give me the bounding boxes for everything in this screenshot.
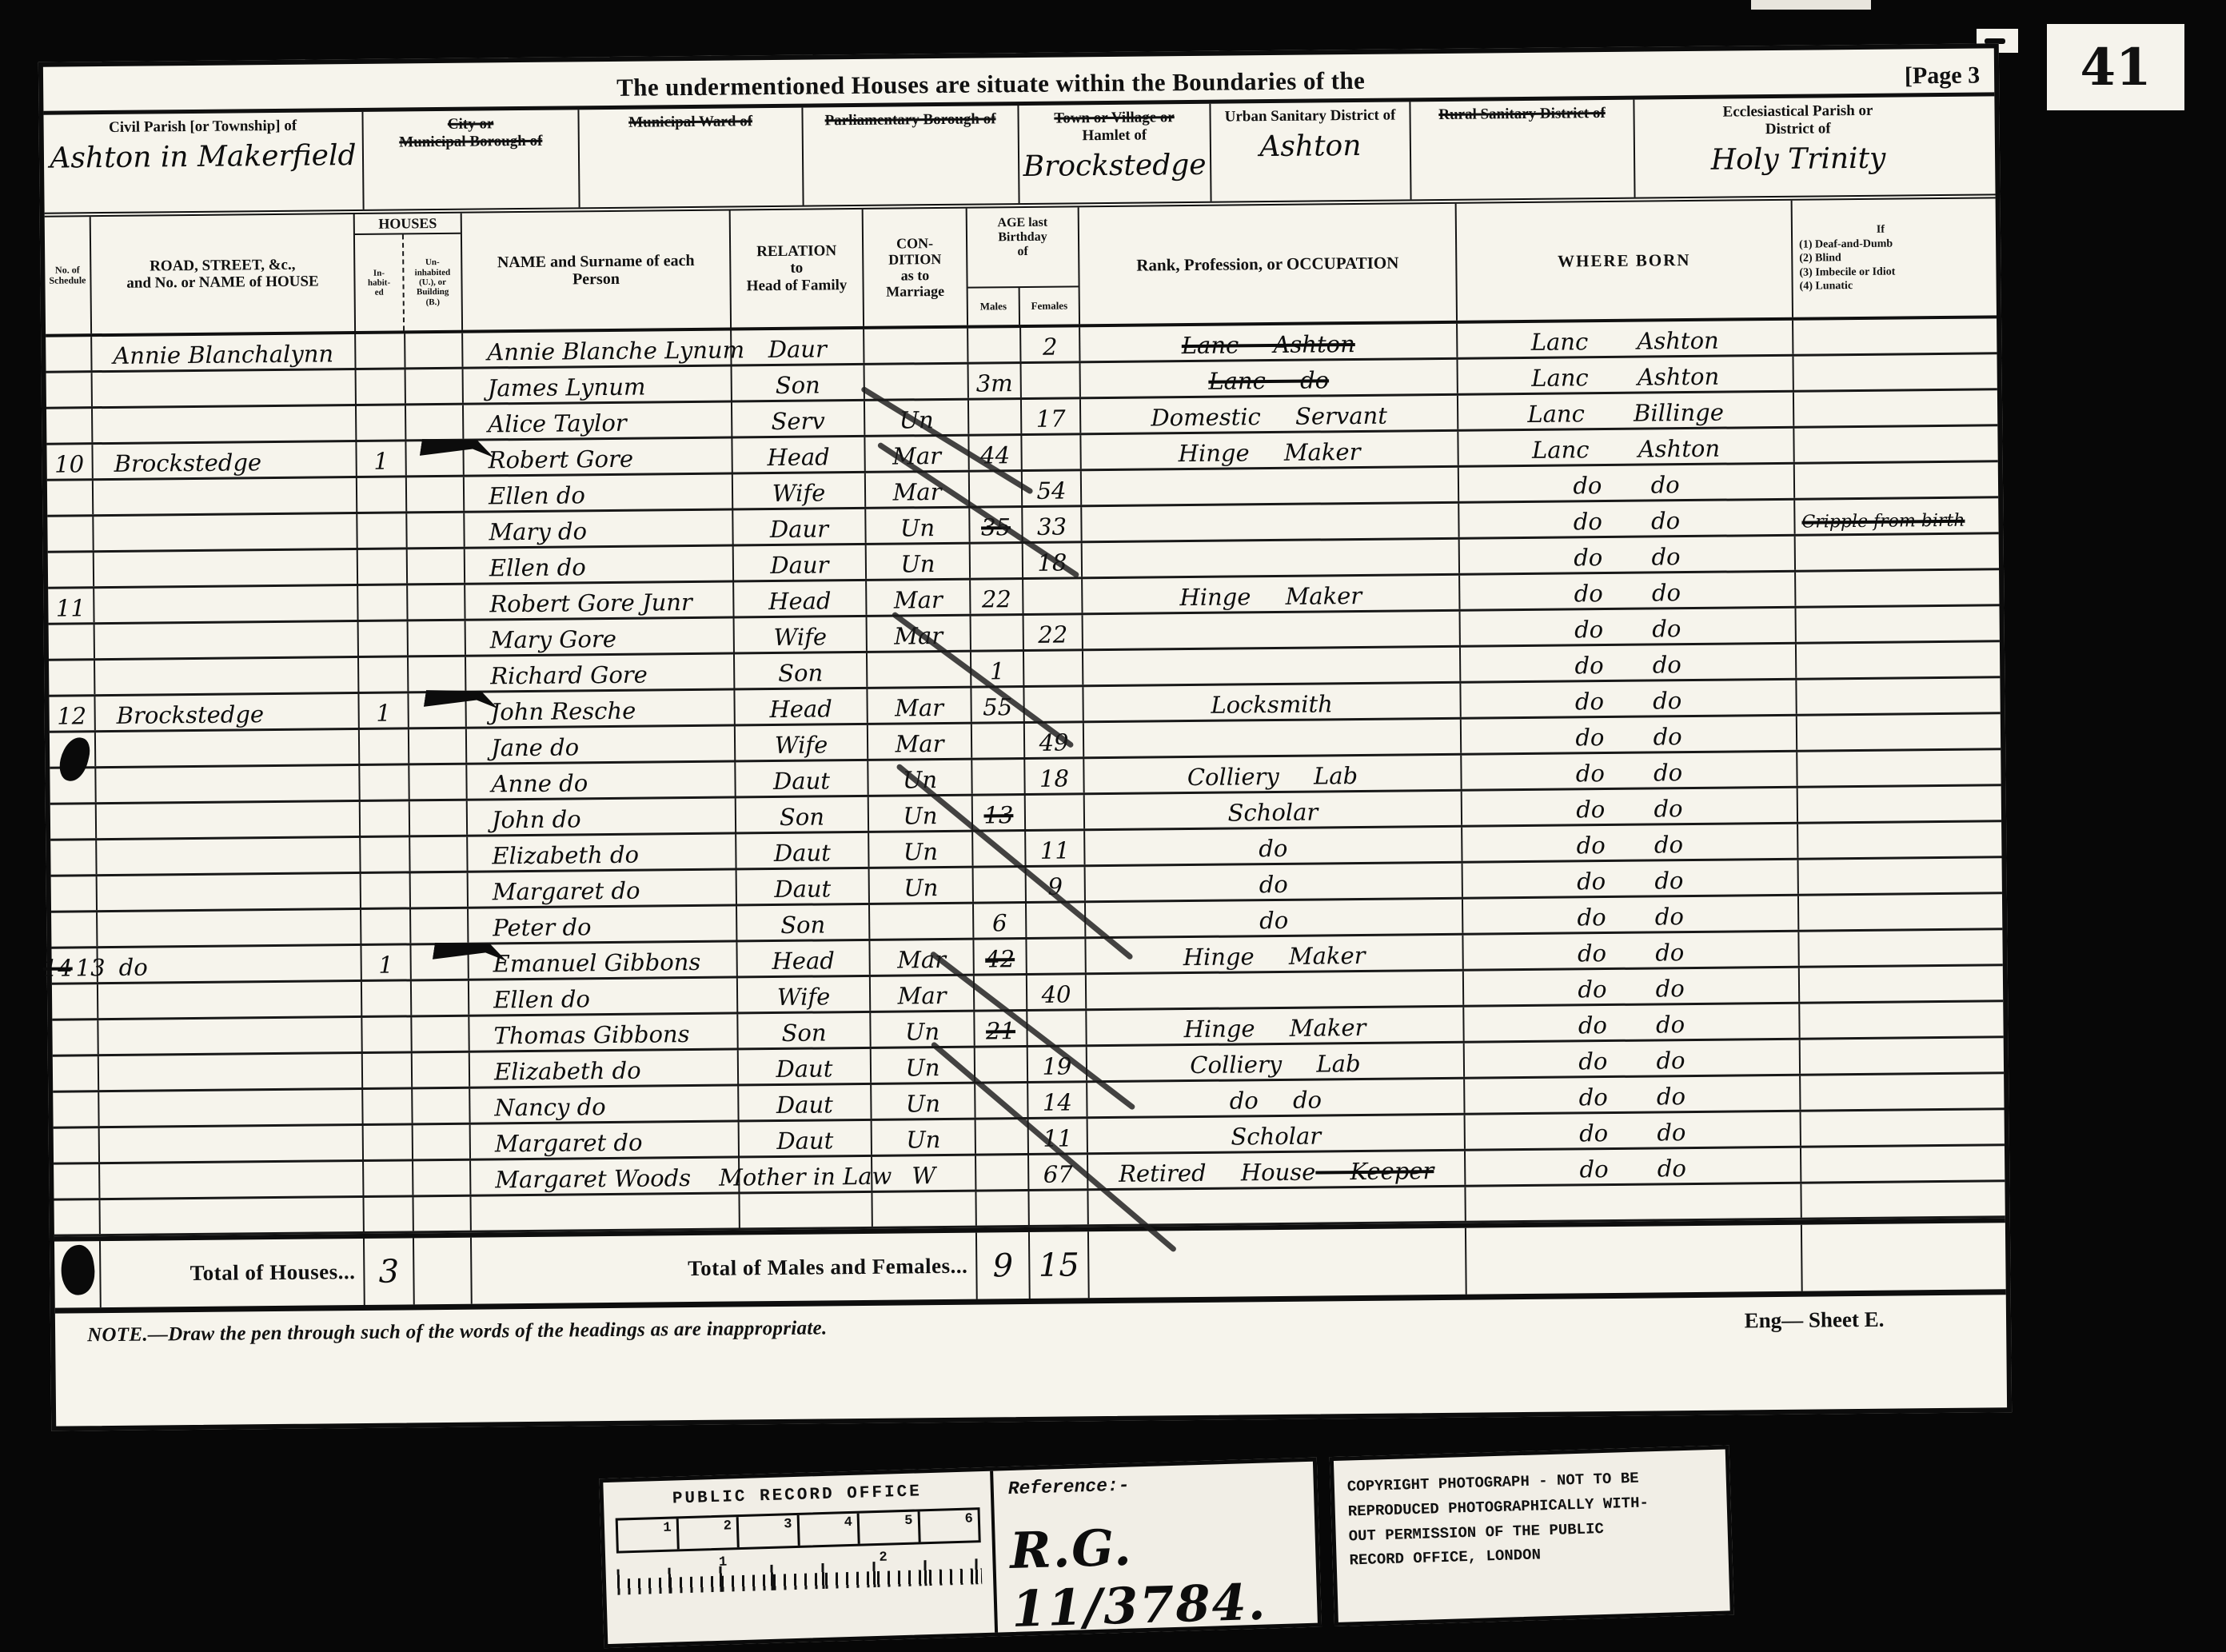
header-houses: HOUSES: [355, 213, 461, 235]
cell-born: do do: [1462, 752, 1797, 789]
cell-born: do do: [1461, 609, 1797, 645]
cell-value: 6: [992, 912, 1007, 937]
cell-occ: Hinge Maker: [1087, 1008, 1464, 1045]
cell-value: Daur: [770, 553, 828, 580]
cell-occ: Hinge Maker: [1081, 432, 1458, 469]
census-sheet: The undermentioned Houses are situate wi…: [38, 43, 2012, 1431]
cell-value: 42: [985, 948, 1015, 973]
cell-value: 10: [54, 453, 84, 478]
film-frame-number: 41: [2080, 38, 2151, 98]
cell-value: Elizabeth do: [494, 1059, 641, 1087]
district-cell: Rural Sanitary District of: [1410, 100, 1635, 200]
cell-occ: do: [1085, 828, 1462, 865]
header-disability: If(1) Deaf-and-Dumb(2) Blind(3) Imbecile…: [1793, 199, 1963, 317]
cell-cond: [865, 365, 969, 399]
cell-sch: [50, 840, 97, 875]
cell-value: Brockstedge: [117, 703, 265, 730]
header-line: (3) Imbecile or Idiot: [1799, 264, 1962, 279]
cell-rel: Head: [735, 689, 868, 724]
cell-uninh: [412, 1017, 469, 1051]
cell-sch: [54, 1164, 100, 1199]
district-label-line: City or: [399, 115, 542, 134]
cell-uninh: [407, 477, 465, 512]
cell-sch: [47, 517, 94, 551]
cell-occ: [1082, 504, 1459, 541]
cell-name: Richard Gore: [466, 654, 735, 690]
cell-rel: Daur: [734, 545, 867, 581]
cell-road: [94, 478, 357, 514]
header-line: of: [967, 244, 1078, 259]
cell-name: Elizabeth do: [470, 1050, 739, 1086]
cell-value: Daur: [768, 337, 827, 364]
district-cell: City orMunicipal Borough of: [363, 110, 580, 209]
cell-value: do do: [1574, 509, 1681, 536]
header-line: ed: [375, 288, 384, 297]
header-line: (2) Blind: [1799, 250, 1962, 265]
cell-inh: [364, 1197, 413, 1231]
district-label-line: Municipal Ward of: [628, 113, 752, 131]
cell-sch: [46, 337, 92, 371]
cell-dis: Cripple from birth: [1795, 499, 1965, 534]
district-cell: Urban Sanitary District ofAshton: [1211, 102, 1411, 201]
cell-value: Brockstedge: [114, 451, 262, 478]
cell-cond: Mar: [866, 473, 970, 507]
cell-born: do do: [1462, 716, 1797, 753]
cell-dis: [1796, 607, 1965, 642]
cell-sch: [46, 409, 93, 443]
cell-rel: Wife: [733, 473, 866, 509]
cell-sch: [48, 553, 94, 587]
cell-dis: [1798, 823, 1968, 858]
cell-sch: 1413: [51, 948, 98, 983]
cell-name: Anne do: [467, 762, 736, 798]
district-label-line: Urban Sanitary District of: [1225, 107, 1396, 126]
cell-uninh: [410, 801, 468, 836]
header-relation: RELATIONtoHead of Family: [731, 209, 864, 328]
cell-uninh: [406, 369, 464, 404]
cell-value: Colliery Lab: [1190, 1052, 1361, 1079]
header-road: ROAD, STREET, &c.,and No. or NAME of HOU…: [91, 214, 356, 333]
cell-uninh: [409, 657, 466, 692]
cell-dis: [1794, 391, 1964, 426]
cell-value: Colliery Lab: [1187, 764, 1358, 792]
pro-stamp: PUBLIC RECORD OFFICE 123456 12 Reference…: [599, 1445, 1747, 1648]
cell-value: Ellen do: [489, 556, 586, 582]
ruler-number: 1: [719, 1555, 728, 1570]
cell-value: Son: [780, 805, 824, 832]
cell-value: Son: [778, 661, 823, 688]
header-line: and No. or NAME of HOUSE: [126, 273, 319, 292]
cell-inh: [357, 477, 407, 512]
district-label: Town or Village orHamlet of: [1054, 109, 1175, 145]
cell-value: Elizabeth do: [492, 844, 639, 871]
cell-occ: do: [1086, 900, 1463, 937]
cell-rel: Daur: [732, 329, 864, 365]
cell-value: 22: [982, 588, 1011, 613]
cell-road: do: [98, 946, 361, 982]
cell-name: Mary Gore: [466, 618, 735, 654]
cell-value: Anne do: [491, 772, 588, 798]
cell-value: Daut: [774, 841, 831, 868]
cell-value: 67: [1043, 1163, 1073, 1188]
cell-uninh: [412, 981, 469, 1016]
cell-f: 49: [1025, 723, 1084, 757]
cell-cond: Un: [866, 509, 970, 543]
header-line: (B.): [426, 297, 441, 307]
cell-name: Ellen do: [465, 546, 734, 582]
sheet-label: Eng— Sheet E.: [1646, 1307, 1982, 1335]
table-body: Annie BlanchalynnAnnie Blanche LynumDaur…: [46, 318, 2005, 1236]
cell-dis: [1801, 1183, 1971, 1218]
cell-name: John Resche: [466, 690, 735, 726]
cell-value: Lanc Ashton: [1531, 329, 1719, 357]
cell-inh: [356, 333, 405, 368]
cell-dis: [1795, 463, 1965, 498]
cell-value: do do: [1578, 941, 1685, 968]
header-line: Un-: [425, 257, 440, 267]
cell-uninh: [409, 729, 467, 764]
cell-cond: Un: [870, 868, 974, 903]
ruler-segment: 5: [860, 1511, 921, 1543]
cell-m: [976, 1191, 1029, 1226]
cell-f: 17: [1022, 399, 1081, 433]
cell-occ: Lanc Ashton: [1080, 324, 1458, 361]
total-of-houses-value: 3: [365, 1238, 415, 1305]
cell-road: [99, 1054, 363, 1090]
cell-born: do do: [1464, 968, 1800, 1005]
cell-name: Ellen do: [469, 978, 738, 1014]
reference-label: Reference:-: [1007, 1470, 1299, 1499]
header-schedule: No. ofSchedule: [45, 217, 92, 334]
cell-uninh: [413, 1125, 471, 1159]
cell-value: Robert Gore: [489, 448, 634, 475]
cell-value: Un: [906, 1092, 940, 1118]
cell-occ: [1084, 720, 1462, 757]
district-label-line: Hamlet of: [1054, 126, 1175, 145]
cell-name: Jane do: [467, 726, 736, 762]
cell-road: Annie Blanchalynn: [92, 334, 356, 370]
cell-sch: [50, 804, 97, 839]
cell-born: do do: [1463, 932, 1799, 969]
houses-subheaders: In-habit-ed Un-inhabited(U.), orBuilding…: [355, 234, 461, 331]
cell-dis: [1799, 895, 1969, 930]
cell-cond: Un: [868, 760, 972, 795]
cell-uninh: [409, 765, 467, 800]
cell-rel: Wife: [738, 977, 871, 1012]
header-line: If: [1799, 222, 1962, 237]
cell-value: 33: [1037, 515, 1067, 541]
cell-value: Nancy do: [494, 1095, 606, 1122]
cell-value: Mar: [895, 696, 943, 723]
cell-inh: [358, 549, 408, 584]
cell-road: [100, 1126, 364, 1162]
cell-road: [98, 1018, 362, 1054]
header-line: RELATION: [756, 242, 836, 260]
cell-f: [1022, 363, 1081, 397]
ruler-segment: 1: [618, 1518, 680, 1550]
cell-name: Robert Gore: [464, 438, 732, 474]
cell-value: do do: [1575, 689, 1682, 716]
cell-m: 13: [973, 796, 1026, 830]
cell-value: Wife: [777, 985, 831, 1012]
cell-born: do do: [1464, 1004, 1800, 1041]
ruler-segment: 4: [799, 1514, 860, 1546]
cell-m: 44: [969, 436, 1022, 470]
cell-value: Mary do: [489, 520, 587, 546]
cell-value: Ellen do: [493, 988, 590, 1014]
cell-f: 22: [1024, 615, 1083, 649]
cell-dis: [1793, 319, 1963, 354]
cell-occ: [1087, 972, 1464, 1009]
cell-value: John Resche: [491, 700, 636, 727]
header-line: In-: [373, 268, 385, 277]
cell-dis: [1799, 931, 1969, 966]
cell-value: Un: [903, 804, 937, 830]
cell-value: Emanuel Gibbons: [493, 951, 701, 978]
cell-value: Peter do: [493, 916, 592, 942]
cell-name: John do: [468, 798, 736, 834]
cell-value: James Lynum: [488, 376, 646, 403]
cell-cond: Mar: [867, 581, 971, 615]
cell-inh: [360, 765, 409, 800]
district-label: Parliamentary Borough of: [825, 110, 996, 130]
cell-sch: [46, 373, 93, 407]
district-label: Ecclesiastical Parish orDistrict of: [1722, 102, 1873, 138]
cell-name: Margaret Woods: [471, 1158, 740, 1194]
cell-f: 14: [1028, 1083, 1087, 1117]
cell-value: 3m: [976, 372, 1013, 397]
cell-name: Elizabeth do: [468, 834, 736, 870]
district-cell: Civil Parish [or Township] ofAshton in M…: [43, 112, 364, 213]
cell-value: Wife: [773, 625, 827, 652]
cell-name: [471, 1194, 740, 1230]
cell-inh: [364, 1125, 413, 1159]
cell-value: Un: [904, 876, 938, 902]
reference-value: R.G. 11/3784.: [1009, 1513, 1303, 1638]
cell-born: Lanc Ashton: [1458, 321, 1793, 357]
cell-value: Cripple from birth: [1801, 512, 1965, 534]
cell-f: [1027, 903, 1086, 937]
cell-occ: Colliery Lab: [1087, 1043, 1465, 1081]
cell-occ: [1083, 648, 1461, 685]
column-headers: No. ofSchedule ROAD, STREET, &c.,and No.…: [45, 198, 1997, 337]
cell-uninh: [406, 405, 464, 440]
header-where-born: WHERE BORN: [1457, 201, 1793, 321]
cell-value: Un: [900, 517, 935, 542]
cell-value: Locksmith: [1211, 692, 1333, 719]
cell-m: [972, 760, 1025, 794]
cell-dis: [1793, 355, 1963, 390]
cell-dis: [1801, 1147, 1971, 1182]
cell-value: Hinge Maker: [1183, 944, 1366, 972]
cell-inh: [357, 369, 406, 404]
cell-sch: [49, 660, 95, 695]
cell-occ: Locksmith: [1083, 684, 1461, 721]
cell-sch: [53, 1092, 99, 1127]
cell-name: Ellen do: [465, 474, 733, 510]
cell-dis: [1801, 1111, 1971, 1146]
total-of-houses-label: Total of Houses...: [101, 1239, 365, 1307]
cell-occ: do: [1086, 864, 1463, 901]
header-line: (U.), or: [419, 277, 446, 288]
header-line: (4) Lunatic: [1800, 278, 1963, 293]
header-age: AGE lastBirthdayof: [967, 207, 1079, 286]
cell-value: 1: [378, 954, 393, 980]
cell-sch: [47, 481, 94, 515]
cell-born: do do: [1462, 824, 1798, 861]
totals-empty-disability: [1802, 1223, 1973, 1291]
header-line: to: [790, 260, 803, 277]
footnote: NOTE.—Draw the pen through such of the w…: [87, 1310, 1646, 1350]
cell-born: do do: [1463, 896, 1799, 933]
cell-value: do: [1259, 909, 1288, 935]
cell-road: [94, 514, 357, 550]
cell-road: [95, 622, 359, 658]
cell-value: do: [1259, 873, 1288, 899]
header-line: AGE last: [967, 215, 1078, 230]
cell-value: Head: [767, 445, 830, 472]
district-cell: Municipal Ward of: [579, 108, 804, 208]
cell-road: [98, 982, 362, 1018]
cell-inh: [362, 1017, 412, 1051]
header-occupation: Rank, Profession, or OCCUPATION: [1079, 204, 1458, 325]
cell-value: do do: [1578, 1049, 1685, 1075]
cell-value: Son: [776, 373, 820, 400]
header-line: Head of Family: [747, 277, 848, 294]
cell-rel: Head: [732, 437, 865, 473]
header-line: NAME and Surname of each: [497, 252, 695, 272]
cell-occ: [1083, 540, 1460, 577]
district-cell: Ecclesiastical Parish orDistrict ofHoly …: [1634, 97, 1961, 198]
cell-road: [98, 874, 361, 910]
cell-rel: Daut: [737, 869, 870, 904]
cell-value: 1: [990, 660, 1005, 685]
cell-value: 1: [376, 702, 391, 728]
cell-uninh: [407, 513, 465, 548]
cell-sch: 10: [46, 445, 93, 479]
cell-rel: Daur: [733, 509, 866, 545]
cell-value: do do: [1573, 473, 1680, 500]
cell-inh: 1: [361, 945, 411, 980]
cell-value: 22: [1038, 623, 1067, 648]
cell-occ: Scholar: [1085, 792, 1462, 829]
district-header: Civil Parish [or Township] ofAshton in M…: [43, 96, 1995, 217]
header-line: ROAD, STREET, &c.,: [150, 256, 295, 274]
cell-road: [96, 730, 360, 766]
cell-occ: [1082, 468, 1459, 505]
header-uninhabited: Un-inhabited(U.), orBuilding(B.): [404, 234, 461, 331]
cell-rel: Daut: [740, 1121, 872, 1156]
cell-value: Margaret Woods: [495, 1167, 691, 1194]
district-label: Municipal Ward of: [628, 113, 752, 131]
cell-rel: Son: [736, 797, 869, 832]
scanned-census-page: 41 The undermentioned Houses are situate…: [0, 0, 2226, 1652]
cell-occ: [1083, 612, 1461, 649]
cell-inh: [361, 837, 410, 872]
cell-dis: [1797, 715, 1967, 750]
schedule-corrected-number: 14: [43, 956, 73, 982]
cell-rel: Son: [737, 905, 870, 940]
cell-dis: [1800, 967, 1969, 1002]
pro-stamp-ruler-section: PUBLIC RECORD OFFICE 123456 12: [603, 1471, 998, 1644]
cell-m: 22: [971, 580, 1023, 614]
cell-sch: [52, 984, 98, 1019]
cell-road: [93, 406, 357, 442]
cell-dis: [1797, 751, 1967, 786]
cell-dis: [1794, 427, 1964, 462]
cell-born: do do: [1461, 644, 1797, 681]
cell-inh: [358, 585, 408, 620]
cell-cond: Un: [867, 545, 971, 579]
film-frame-number-box: 41: [2047, 24, 2184, 110]
district-label-line: Ecclesiastical Parish or: [1722, 102, 1873, 122]
header-line: habit-: [368, 278, 390, 289]
cell-uninh: [408, 585, 465, 620]
cell-inh: [363, 1053, 413, 1087]
cell-value: do do: [1579, 1121, 1686, 1147]
cell-born: do do: [1466, 1148, 1801, 1185]
cell-occ: Colliery Lab: [1084, 756, 1462, 793]
cell-dis: [1797, 679, 1966, 714]
cell-rel: Son: [738, 1013, 871, 1048]
cell-cond: Un: [872, 1084, 975, 1119]
header-inhabited: In-habit-ed: [355, 235, 405, 331]
cell-value: Daur: [770, 517, 828, 544]
cell-name: Alice Taylor: [464, 402, 732, 438]
cell-value: Son: [781, 1021, 826, 1047]
district-cell: Town or Village orHamlet ofBrockstedge: [1019, 104, 1211, 203]
cell-uninh: [405, 333, 463, 368]
cell-value: Annie Blanchalynn: [113, 342, 333, 370]
header-condition: CON-DITIONas toMarriage: [864, 209, 968, 326]
cell-m: [968, 328, 1021, 362]
cell-road: [101, 1198, 365, 1234]
total-of-males-females-label: Total of Males and Females...: [472, 1233, 978, 1304]
cell-uninh: [409, 621, 466, 656]
cell-cond: Un: [869, 832, 973, 867]
cell-value: do do: [1577, 833, 1684, 860]
cell-value: do do: [1574, 617, 1681, 644]
pro-stamp-reference-section: Reference:- R.G. 11/3784.: [993, 1462, 1318, 1633]
cell-rel: Daut: [736, 761, 868, 796]
cell-value: Son: [780, 913, 825, 940]
totals-empty-born: [1466, 1225, 1803, 1295]
cell-road: Brockstedge: [93, 442, 357, 478]
cell-value: Daut: [774, 877, 831, 904]
district-label-line: Civil Parish [or Township] of: [109, 118, 297, 137]
cell-road: [99, 1090, 363, 1126]
cell-born: [1466, 1184, 1801, 1221]
cell-uninh: [413, 1197, 471, 1231]
cell-occ: Domestic Servant: [1081, 396, 1458, 433]
cell-sch: 12: [49, 696, 95, 731]
cell-value: Robert Gore Junr: [489, 591, 692, 618]
header-age-group: AGE lastBirthdayof Males Females: [967, 207, 1080, 325]
cell-f: [1026, 795, 1085, 829]
cell-f: 11: [1026, 831, 1085, 865]
cell-name: Margaret do: [469, 870, 737, 906]
cell-f: [1029, 1191, 1088, 1225]
cell-name: Mary do: [465, 510, 733, 546]
cell-sch: [53, 1056, 99, 1091]
cell-inh: 1: [359, 693, 409, 728]
header-houses-group: HOUSES In-habit-ed Un-inhabited(U.), orB…: [355, 213, 463, 331]
cell-value: Serv: [771, 409, 825, 436]
district-label-line: Town or Village or: [1054, 109, 1175, 127]
header-males: Males: [968, 288, 1021, 325]
cell-born: do do: [1460, 537, 1796, 573]
cell-sch: [54, 1128, 100, 1163]
